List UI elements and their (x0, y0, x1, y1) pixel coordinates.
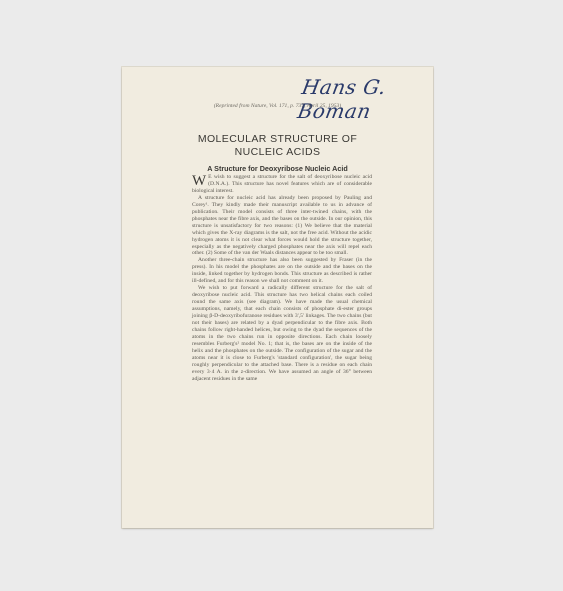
article-title: MOLECULAR STRUCTURE OF NUCLEIC ACIDS (122, 133, 433, 159)
title-line-2: NUCLEIC ACIDS (122, 146, 433, 159)
handwritten-signature: Hans G. Boman (296, 75, 433, 123)
article-subtitle: A Structure for Deoxyribose Nucleic Acid (122, 164, 433, 173)
reprint-page: Hans G. Boman (Reprinted from Nature, Vo… (122, 67, 433, 528)
article-body: WE wish to suggest a structure for the s… (192, 174, 372, 383)
reprint-note: (Reprinted from Nature, Vol. 171, p. 737… (122, 103, 433, 109)
paragraph: We wish to put forward a radically diffe… (192, 285, 372, 382)
paragraph: WE wish to suggest a structure for the s… (192, 174, 372, 195)
title-line-1: MOLECULAR STRUCTURE OF (122, 133, 433, 146)
paragraph: A structure for nucleic acid has already… (192, 195, 372, 258)
drop-cap: W (192, 175, 206, 187)
paragraph: Another three-chain structure has also b… (192, 257, 372, 285)
